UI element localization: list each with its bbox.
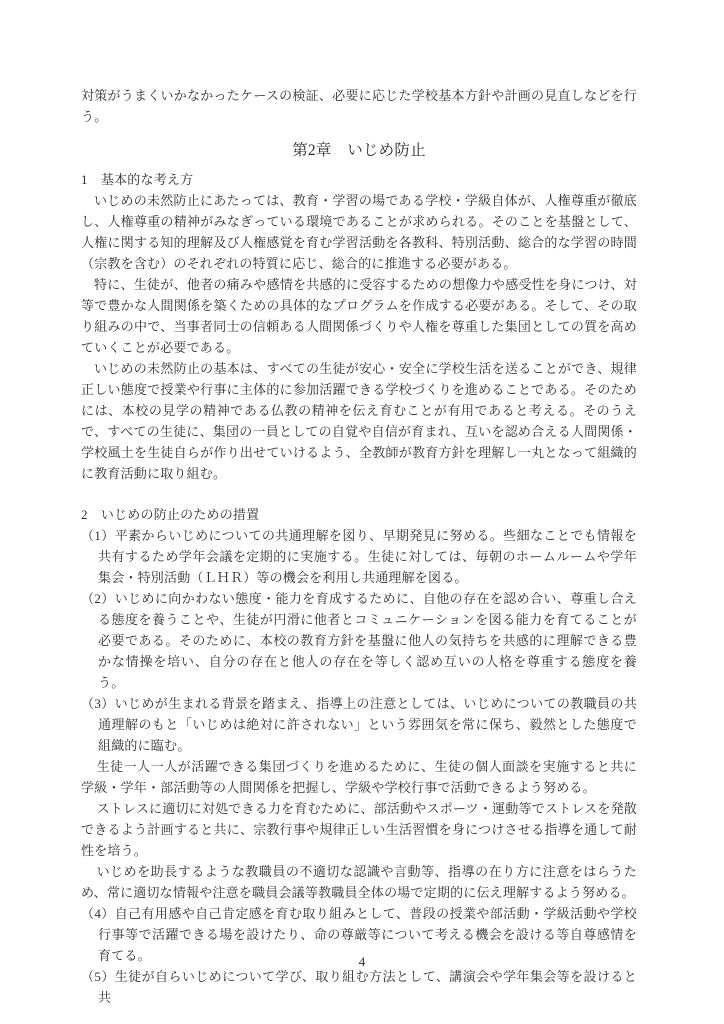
section-2-heading: 2 いじめの防止のための措置 [81, 504, 637, 525]
list-item-marker: （1） [81, 528, 115, 543]
list-item-marker: （3） [81, 696, 115, 711]
list-item-3-sub-paragraph: 生徒一人一人が活躍できる集団づくりを進めるために、生徒の個人面談を実施すると共に… [81, 756, 637, 798]
list-item-3-sub-paragraph: ストレスに適切に対処できる力を育むために、部活動やスポーツ・運動等でストレスを発… [81, 798, 637, 861]
section-1-paragraph: いじめの未然防止にあたっては、教育・学習の場である学校・学級自体が、人権尊重が徹… [81, 190, 637, 274]
list-item-1: （1）平素からいじめについての共通理解を図り、早期発見に努める。些細なことでも情… [81, 525, 637, 588]
intro-paragraph: 対策がうまくいかなかったケースの検証、必要に応じた学校基本方針や計画の見直しなど… [81, 85, 637, 127]
document-body: 対策がうまくいかなかったケースの検証、必要に応じた学校基本方針や計画の見直しなど… [81, 85, 637, 1008]
list-item-text: 平素からいじめについての共通理解を図り、早期発見に努める。些細なことでも情報を共… [98, 528, 637, 585]
list-item-text: いじめが生まれる背景を踏まえ、指導上の注意としては、いじめについての教職員の共通… [98, 696, 637, 753]
document-page: 対策がうまくいかなかったケースの検証、必要に応じた学校基本方針や計画の見直しなど… [0, 0, 724, 1024]
list-item-marker: （2） [81, 591, 115, 606]
list-item-text: 生徒が自らいじめについて学び、取り組む方法として、講演会や学年集会等を設けると共 [98, 969, 637, 1005]
list-item-marker: （4） [81, 906, 115, 921]
list-item-text: いじめに向かわない態度・能力を育成するために、自他の存在を認め合い、尊重し合える… [98, 591, 637, 690]
section-1-heading: 1 基本的な考え方 [81, 169, 637, 190]
chapter-heading: 第2章 いじめ防止 [81, 140, 637, 162]
page-number: 4 [0, 951, 724, 972]
list-item-5: （5）生徒が自らいじめについて学び、取り組む方法として、講演会や学年集会等を設け… [81, 966, 637, 1008]
section-1-paragraph: いじめの未然防止の基本は、すべての生徒が安心・安全に学校生活を送ることができ、規… [81, 358, 637, 484]
section-1-paragraph: 特に、生徒が、他者の痛みや感情を共感的に受容するための想像力や感受性を身につけ、… [81, 274, 637, 358]
list-item-2: （2）いじめに向かわない態度・能力を育成するために、自他の存在を認め合い、尊重し… [81, 588, 637, 693]
list-item-3: （3）いじめが生まれる背景を踏まえ、指導上の注意としては、いじめについての教職員… [81, 693, 637, 756]
list-item-3-sub-paragraph: いじめを助長するような教職員の不適切な認識や言動等、指導の在り方に注意をはらうた… [81, 861, 637, 903]
